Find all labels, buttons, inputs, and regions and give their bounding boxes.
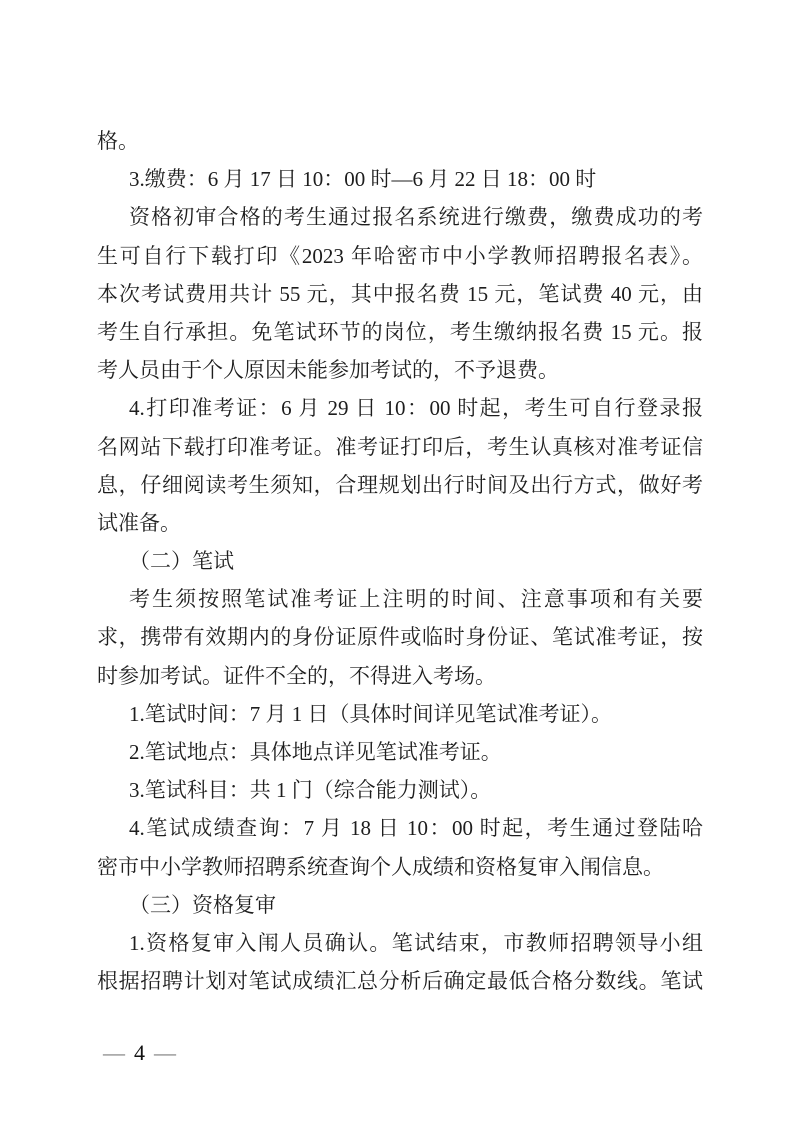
section-heading: （三）资格复审 bbox=[97, 886, 703, 924]
document-line: 3.笔试科目：共 1 门（综合能力测试）。 bbox=[97, 771, 703, 809]
document-line: 1.资格复审入闱人员确认。笔试结束，市教师招聘领导小组 bbox=[97, 924, 703, 962]
document-line: 1.笔试时间：7 月 1 日（具体时间详见笔试准考证）。 bbox=[97, 695, 703, 733]
document-line: 本次考试费用共计 55 元，其中报名费 15 元，笔试费 40 元，由 bbox=[97, 275, 703, 313]
document-body: 格。 3.缴费：6 月 17 日 10：00 时—6 月 22 日 18：00 … bbox=[97, 122, 703, 1000]
document-page: 格。 3.缴费：6 月 17 日 10：00 时—6 月 22 日 18：00 … bbox=[0, 0, 793, 1122]
document-line: 3.缴费：6 月 17 日 10：00 时—6 月 22 日 18：00 时 bbox=[97, 160, 703, 198]
page-number: 4 bbox=[134, 1040, 145, 1065]
page-footer: —4— bbox=[103, 1038, 176, 1068]
document-line: 时参加考试。证件不全的，不得进入考场。 bbox=[97, 657, 703, 695]
document-line: 求，携带有效期内的身份证原件或临时身份证、笔试准考证，按 bbox=[97, 618, 703, 656]
document-line: 格。 bbox=[97, 122, 703, 160]
document-line: 资格初审合格的考生通过报名系统进行缴费，缴费成功的考 bbox=[97, 198, 703, 236]
document-line: 密市中小学教师招聘系统查询个人成绩和资格复审入闱信息。 bbox=[97, 848, 703, 886]
document-line: 名网站下载打印准考证。准考证打印后，考生认真核对准考证信 bbox=[97, 428, 703, 466]
footer-dash-right: — bbox=[154, 1040, 176, 1065]
document-line: 生可自行下载打印《2023 年哈密市中小学教师招聘报名表》。 bbox=[97, 237, 703, 275]
document-line: 试准备。 bbox=[97, 504, 703, 542]
document-line: 4.笔试成绩查询：7 月 18 日 10：00 时起，考生通过登陆哈 bbox=[97, 809, 703, 847]
document-line: 根据招聘计划对笔试成绩汇总分析后确定最低合格分数线。笔试 bbox=[97, 962, 703, 1000]
document-line: 考生须按照笔试准考证上注明的时间、注意事项和有关要 bbox=[97, 580, 703, 618]
footer-dash-left: — bbox=[103, 1040, 125, 1065]
document-line: 考人员由于个人原因未能参加考试的，不予退费。 bbox=[97, 351, 703, 389]
document-line: 4.打印准考证：6 月 29 日 10：00 时起，考生可自行登录报 bbox=[97, 389, 703, 427]
section-heading: （二）笔试 bbox=[97, 542, 703, 580]
document-line: 2.笔试地点：具体地点详见笔试准考证。 bbox=[97, 733, 703, 771]
document-line: 息，仔细阅读考生须知，合理规划出行时间及出行方式，做好考 bbox=[97, 466, 703, 504]
document-line: 考生自行承担。免笔试环节的岗位，考生缴纳报名费 15 元。报 bbox=[97, 313, 703, 351]
